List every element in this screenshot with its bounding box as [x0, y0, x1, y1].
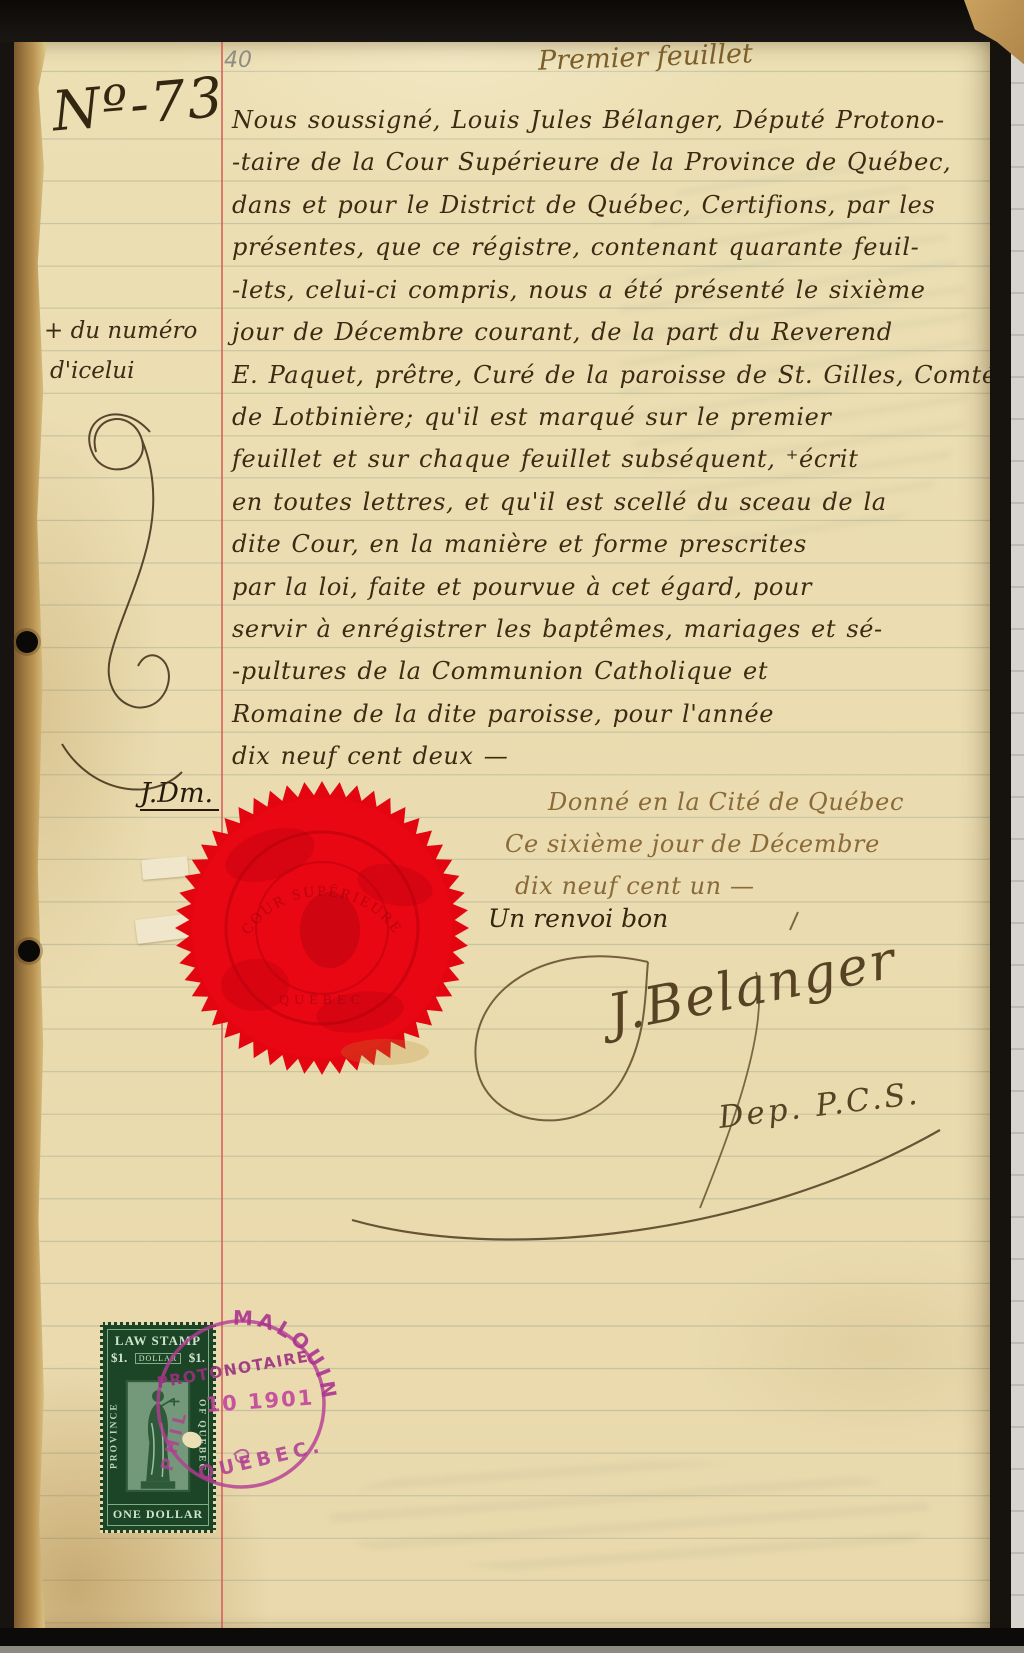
sheet-number-pencil: 40	[224, 48, 252, 73]
binding-hole	[16, 631, 38, 653]
document-page: Premier feuillet 40 Nº-73 + du numéro d'…	[0, 0, 1024, 1653]
law-stamp-footer: ONE DOLLAR	[108, 1504, 208, 1525]
manuscript-line: dix neuf cent deux —	[232, 742, 508, 770]
manuscript-line: -taire de la Cour Supérieure de la Provi…	[232, 148, 951, 176]
manuscript-line: jour de Décembre courant, de la part du …	[232, 318, 893, 346]
manuscript-line: Romaine de la dite paroisse, pour l'anné…	[232, 700, 774, 728]
binding-shadow-bottom	[0, 1628, 1024, 1646]
tape-tab	[141, 856, 189, 880]
law-stamp-side-left: PROVINCE	[108, 1367, 121, 1504]
denomination-right: $1.	[189, 1350, 205, 1366]
law-stamp-denominations: $1. DOLLAR $1.	[108, 1349, 208, 1367]
closing-line: Ce sixième jour de Décembre	[505, 830, 880, 858]
manuscript-line: servir à enrégistrer les baptêmes, maria…	[232, 615, 883, 643]
law-stamp-frame: LAW STAMP $1. DOLLAR $1. PROVINCE	[107, 1329, 209, 1526]
margin-rule-line	[221, 40, 223, 1634]
page-gap-shadow	[990, 0, 1011, 1653]
binding-hole	[18, 940, 40, 962]
law-stamp-header: LAW STAMP	[108, 1330, 208, 1349]
justice-figure	[125, 1380, 191, 1492]
renvoi-note: Un renvoi bon	[488, 904, 668, 933]
manuscript-line: dans et pour le District de Québec, Cert…	[232, 191, 935, 219]
scanner-edge	[0, 1646, 1024, 1653]
law-stamp: LAW STAMP $1. DOLLAR $1. PROVINCE	[100, 1322, 216, 1533]
manuscript-line: -pultures de la Communion Catholique et	[232, 657, 768, 685]
margin-note-line1: + du numéro	[44, 318, 197, 344]
denomination-word: DOLLAR	[135, 1353, 181, 1364]
closing-line: dix neuf cent un —	[515, 872, 755, 900]
margin-initials: J.Dm.	[140, 778, 219, 811]
manuscript-line: par la loi, faite et pourvue à cet égard…	[232, 573, 812, 601]
binding-shadow-top	[0, 0, 1024, 42]
manuscript-line: de Lotbinière; qu'il est marqué sur le p…	[232, 403, 832, 431]
adjacent-page-edge	[1011, 0, 1024, 1653]
manuscript-line: en toutes lettres, et qu'il est scellé d…	[232, 488, 887, 516]
margin-note-line2: d'icelui	[50, 358, 134, 384]
manuscript-line: E. Paquet, prêtre, Curé de la paroisse d…	[232, 361, 997, 389]
denomination-left: $1.	[111, 1350, 127, 1366]
manuscript-line: feuillet et sur chaque feuillet subséque…	[232, 445, 858, 473]
manuscript-line: Nous soussigné, Louis Jules Bélanger, Dé…	[232, 106, 945, 134]
manuscript-line: dite Cour, en la manière et forme prescr…	[232, 530, 807, 558]
ink-bleedthrough	[330, 1462, 930, 1572]
manuscript-line: -lets, celui-ci compris, nous a été prés…	[232, 276, 926, 304]
manuscript-line: présentes, que ce régistre, contenant qu…	[232, 233, 919, 261]
closing-line: Donné en la Cité de Québec	[548, 788, 904, 816]
